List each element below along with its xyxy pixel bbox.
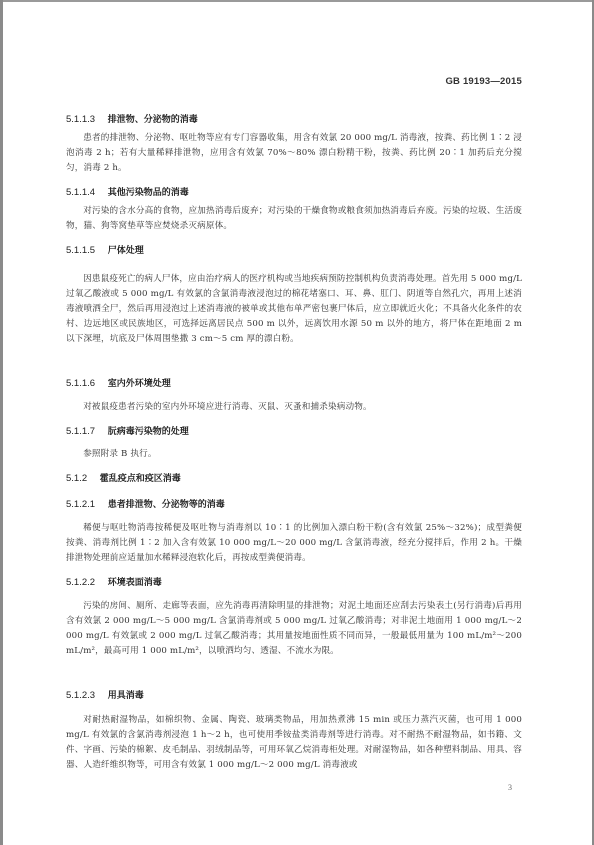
section-number: 5.1.2.2 <box>66 577 95 588</box>
section-heading: 5.1.1.5 尸体处理 <box>66 243 144 256</box>
section-paragraph: 对被鼠疫患者污染的室内外环境应进行消毒、灭鼠、灭蚤和捕杀染病动物。 <box>66 400 522 415</box>
page-border-left <box>0 0 3 845</box>
page-border-top <box>0 0 594 2</box>
section-paragraph: 污染的房间、厕所、走廊等表面，应先消毒再清除明显的排泄物；对泥土地面还应刮去污染… <box>66 599 522 659</box>
section-title: 尸体处理 <box>108 246 144 256</box>
standard-id-header: GB 19193—2015 <box>445 76 522 87</box>
section-number: 5.1.2.1 <box>66 499 95 510</box>
section-title: 其他污染物品的消毒 <box>108 188 189 198</box>
section-number: 5.1.1.6 <box>66 378 95 389</box>
section-title: 霍乱疫点和疫区消毒 <box>100 474 181 484</box>
section-title: 室内外环境处理 <box>108 379 171 389</box>
section-heading: 5.1.2.3 用具消毒 <box>66 688 144 701</box>
section-paragraph: 对耐热耐湿物品，如棉织物、金属、陶瓷、玻璃类物品，用加热煮沸 15 min 或压… <box>66 713 522 773</box>
section-paragraph: 参照附录 B 执行。 <box>66 447 522 462</box>
section-heading: 5.1.2.1 患者排泄物、分泌物等的消毒 <box>66 497 225 510</box>
section-paragraph: 因患鼠疫死亡的病人尸体，应由治疗病人的医疗机构或当地疾病预防控制机构负责消毒处理… <box>66 272 522 347</box>
section-heading: 5.1.1.3 排泄物、分泌物的消毒 <box>66 112 198 125</box>
section-heading: 5.1.1.4 其他污染物品的消毒 <box>66 185 189 198</box>
section-number: 5.1.1.7 <box>66 426 95 437</box>
section-title: 环境表面消毒 <box>108 578 162 588</box>
section-paragraph: 稀便与呕吐物消毒按稀便及呕吐物与消毒剂以 10∶1 的比例加入漂白粉干粉(含有效… <box>66 521 522 566</box>
section-heading: 5.1.1.7 朊病毒污染物的处理 <box>66 424 189 437</box>
section-number: 5.1.1.5 <box>66 245 95 256</box>
section-title: 排泄物、分泌物的消毒 <box>108 115 198 125</box>
section-title: 用具消毒 <box>108 691 144 701</box>
section-number: 5.1.1.4 <box>66 187 95 198</box>
section-number: 5.1.1.3 <box>66 114 95 125</box>
section-number: 5.1.2.3 <box>66 690 95 701</box>
section-paragraph: 对污染的含水分高的食物，应加热消毒后废弃；对污染的干燥食物或粮食须加热消毒后弃废… <box>66 204 522 234</box>
section-title: 朊病毒污染物的处理 <box>108 427 189 437</box>
section-heading: 5.1.2 霍乱疫点和疫区消毒 <box>66 471 181 484</box>
section-title: 患者排泄物、分泌物等的消毒 <box>108 500 225 510</box>
section-heading: 5.1.2.2 环境表面消毒 <box>66 575 162 588</box>
section-heading: 5.1.1.6 室内外环境处理 <box>66 376 171 389</box>
page-number: 3 <box>508 783 512 792</box>
section-number: 5.1.2 <box>66 473 87 484</box>
section-paragraph: 患者的排泄物、分泌物、呕吐物等应有专门容器收集，用含有效氯 20 000 mg/… <box>66 131 522 176</box>
